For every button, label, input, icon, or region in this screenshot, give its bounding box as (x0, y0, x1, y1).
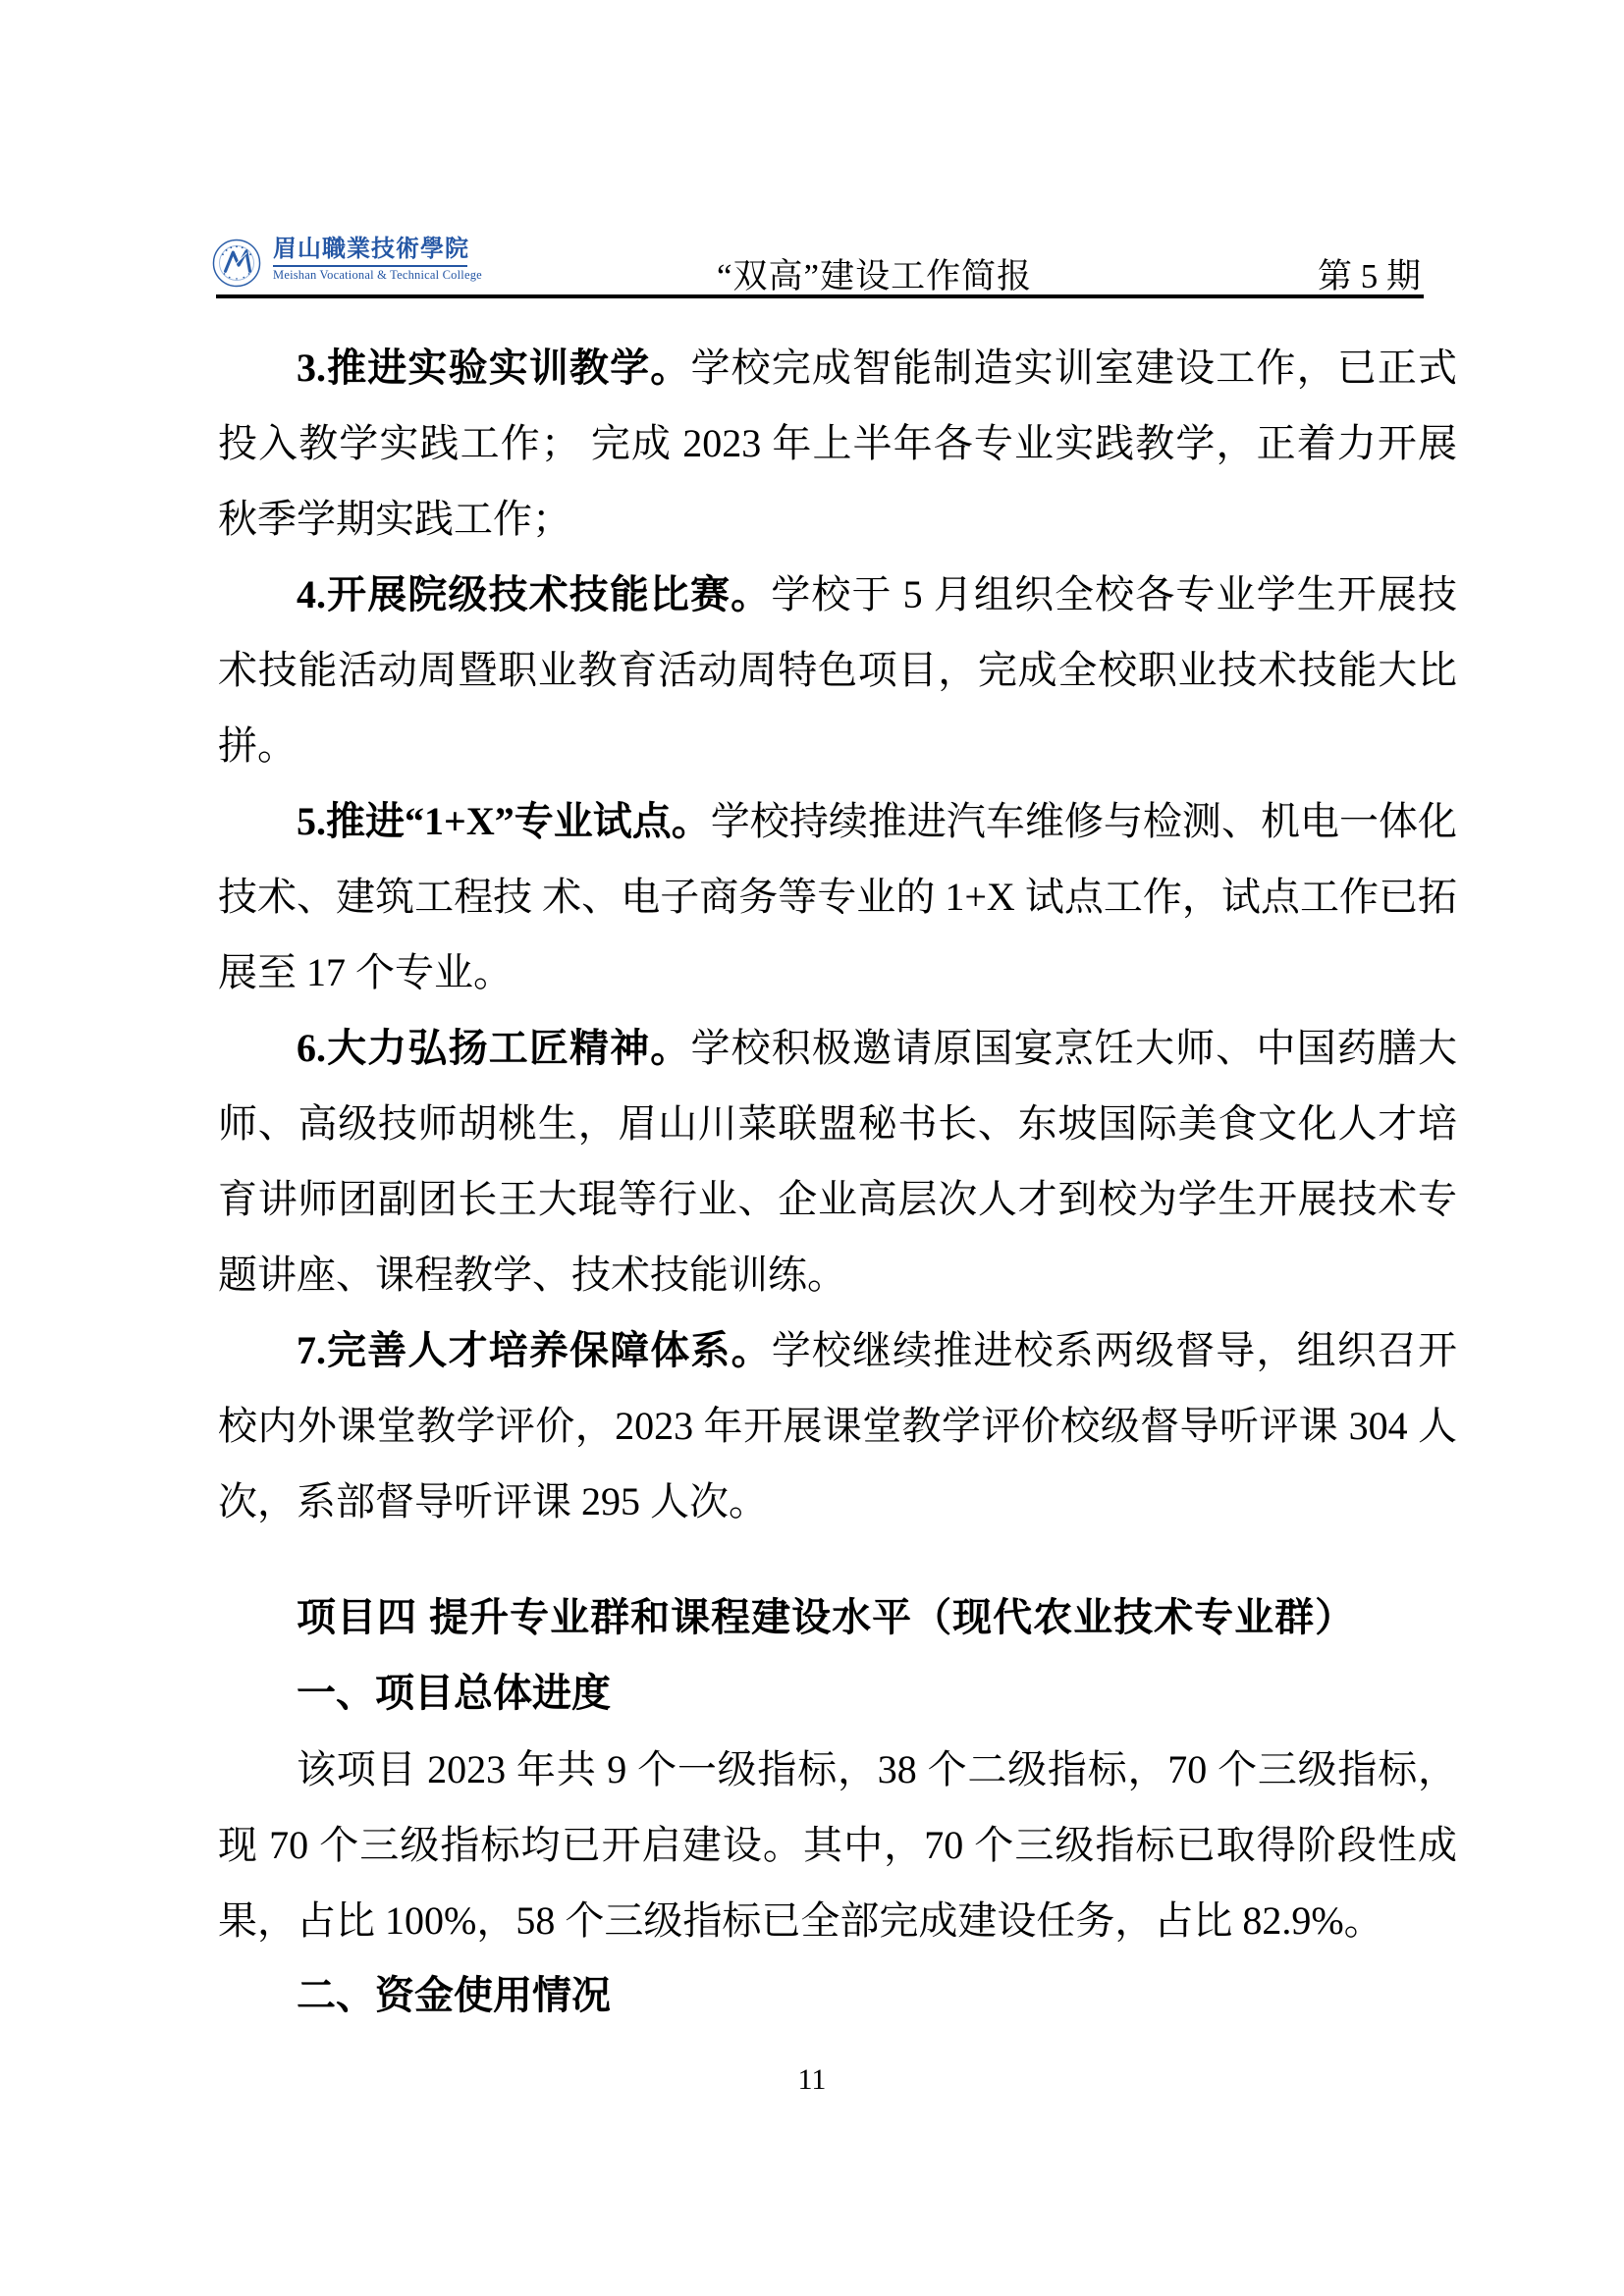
paragraph-4: 4.开展院级技术技能比赛。学校于 5 月组织全校各专业学生开展技术技能活动周暨职… (218, 557, 1457, 783)
paragraph-7: 7.完善人才培养保障体系。学校继续推进校系两级督导，组织召开校内外课堂教学评价，… (218, 1312, 1457, 1539)
paragraph-7-lead: 7.完善人才培养保障体系。 (297, 1328, 772, 1372)
document-body: 3.推进实验实训教学。学校完成智能制造实训室建设工作，已正式投入教学实践工作； … (218, 330, 1457, 2034)
school-name-divider (273, 265, 467, 267)
paragraph-3: 3.推进实验实训教学。学校完成智能制造实训室建设工作，已正式投入教学实践工作； … (218, 330, 1457, 557)
section-title: 项目四 提升专业群和课程建设水平（现代农业技术专业群） (218, 1580, 1457, 1656)
paragraph-6: 6.大力弘扬工匠精神。学校积极邀请原国宴烹饪大师、中国药膳大师、高级技师胡桃生，… (218, 1010, 1457, 1312)
subsection-progress: 一、项目总体进度 (218, 1656, 1457, 1732)
header-rule (216, 294, 1424, 298)
issue-number: 第 5 期 (1318, 249, 1421, 298)
document-page: 眉山職業技術學院 Meishan Vocational & Technical … (0, 0, 1624, 2296)
paragraph-6-lead: 6.大力弘扬工匠精神。 (297, 1026, 690, 1070)
school-name-en: Meishan Vocational & Technical College (273, 268, 499, 283)
school-name-block: 眉山職業技術學院 Meishan Vocational & Technical … (273, 237, 499, 283)
school-name-zh: 眉山職業技術學院 (273, 237, 499, 263)
paragraph-4-lead: 4.开展院级技术技能比赛。 (297, 572, 771, 616)
bulletin-title: “双高”建设工作简报 (717, 249, 1032, 298)
paragraph-3-lead: 3.推进实验实训教学。 (297, 346, 690, 390)
paragraph-5: 5.推进“1+X”专业试点。学校持续推进汽车维修与检测、机电一体化技术、建筑工程… (218, 783, 1457, 1010)
subsection-funds: 二、资金使用情况 (218, 1958, 1457, 2034)
school-emblem-icon (212, 239, 261, 288)
progress-paragraph: 该项目 2023 年共 9 个一级指标，38 个二级指标，70 个三级指标，现 … (218, 1732, 1457, 1958)
page-number: 11 (0, 2063, 1624, 2097)
paragraph-5-lead: 5.推进“1+X”专业试点。 (297, 799, 711, 843)
